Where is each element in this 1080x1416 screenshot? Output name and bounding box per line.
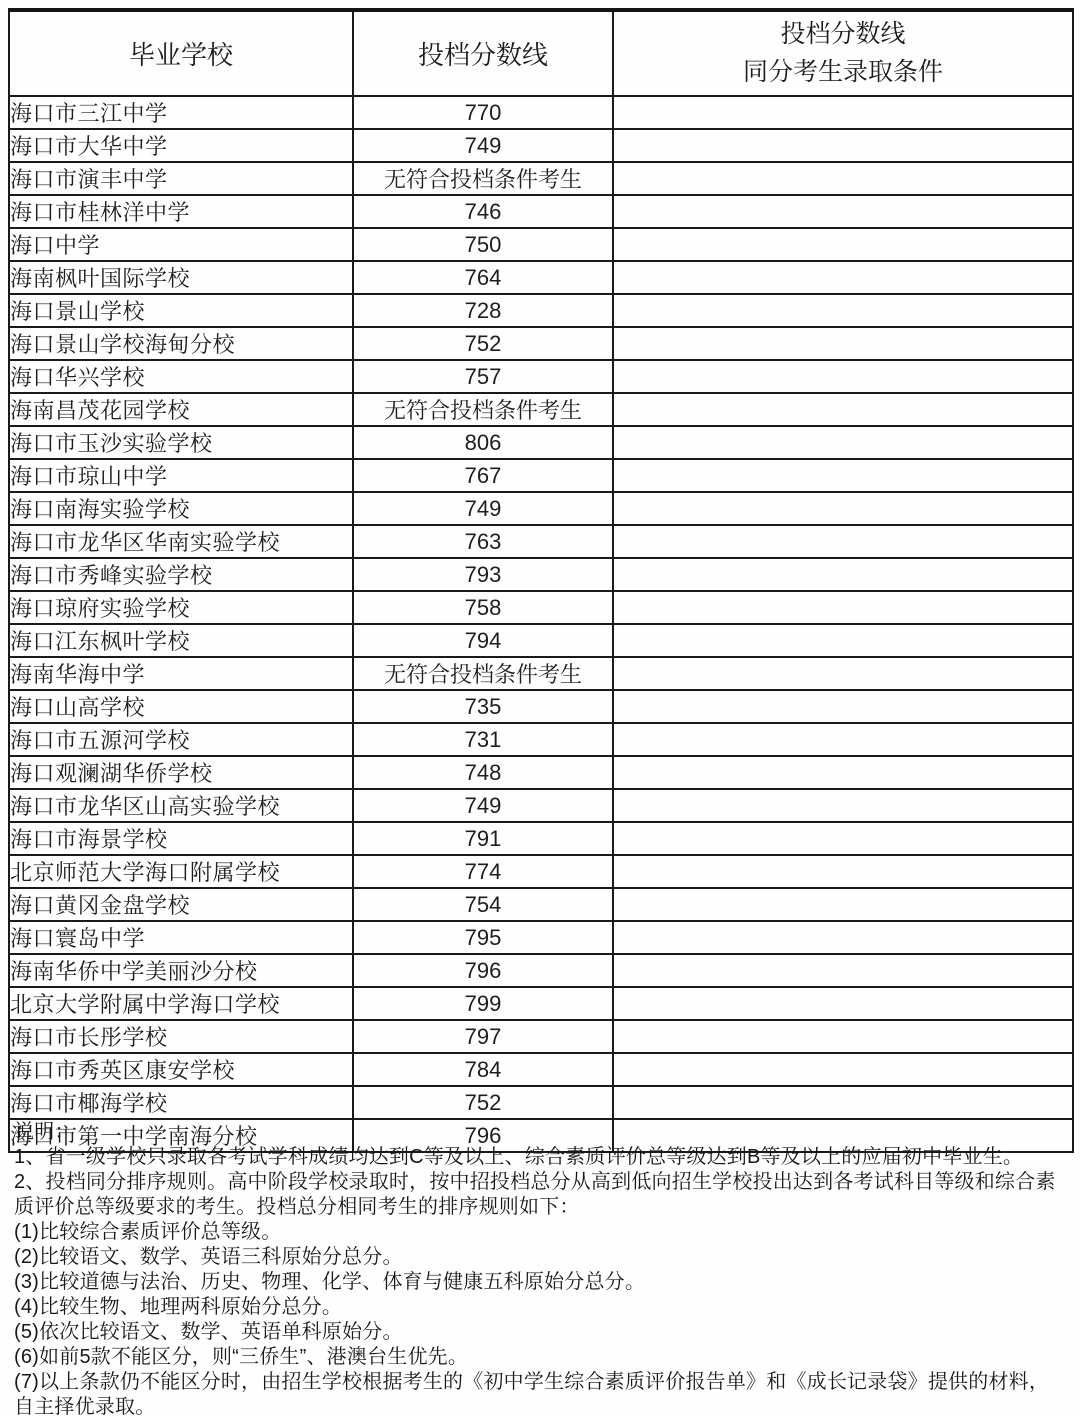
- score-line-cell: 731: [353, 723, 613, 756]
- same-score-condition-cell: [613, 195, 1073, 228]
- table-row: 海口市演丰中学无符合投档条件考生: [9, 162, 1073, 195]
- table-row: 海口市桂林洋中学746: [9, 195, 1073, 228]
- note-line: (7)以上条款仍不能区分时，由招生学校根据考生的《初中学生综合素质评价报告单》和…: [14, 1370, 1066, 1416]
- same-score-condition-cell: [613, 987, 1073, 1020]
- school-name-cell: 海口市三江中学: [9, 96, 353, 129]
- table-row: 海口市海景学校791: [9, 822, 1073, 855]
- table-row: 海口中学750: [9, 228, 1073, 261]
- same-score-condition-cell: [613, 624, 1073, 657]
- table-row: 海口市秀峰实验学校793: [9, 558, 1073, 591]
- table-row: 海口市玉沙实验学校806: [9, 426, 1073, 459]
- same-score-condition-cell: [613, 327, 1073, 360]
- score-line-cell: 758: [353, 591, 613, 624]
- same-score-condition-cell: [613, 954, 1073, 987]
- table-row: 海口南海实验学校749: [9, 492, 1073, 525]
- same-score-condition-cell: [613, 393, 1073, 426]
- same-score-condition-cell: [613, 1086, 1073, 1119]
- table-row: 海口华兴学校757: [9, 360, 1073, 393]
- table-row: 海口景山学校海甸分校752: [9, 327, 1073, 360]
- page: 毕业学校 投档分数线 投档分数线 同分考生录取条件 海口市三江中学770海口市大…: [0, 0, 1080, 1416]
- table-row: 海口琼府实验学校758: [9, 591, 1073, 624]
- notes-items: 1、省一级学校只录取各考试学科成绩均达到C等及以上、综合素质评价总等级达到B等及…: [14, 1145, 1066, 1416]
- same-score-condition-cell: [613, 228, 1073, 261]
- same-score-condition-cell: [613, 294, 1073, 327]
- same-score-condition-cell: [613, 723, 1073, 756]
- header-score-line: 投档分数线: [353, 10, 613, 96]
- score-line-cell: 791: [353, 822, 613, 855]
- school-name-cell: 海南昌茂花园学校: [9, 393, 353, 426]
- note-line: 1、省一级学校只录取各考试学科成绩均达到C等及以上、综合素质评价总等级达到B等及…: [14, 1145, 1066, 1170]
- score-line-cell: 793: [353, 558, 613, 591]
- table-row: 海口江东枫叶学校794: [9, 624, 1073, 657]
- school-name-cell: 海口市五源河学校: [9, 723, 353, 756]
- school-name-cell: 海口市大华中学: [9, 129, 353, 162]
- note-line: (1)比较综合素质评价总等级。: [14, 1220, 1066, 1245]
- school-name-cell: 海南华海中学: [9, 657, 353, 690]
- table-row: 北京师范大学海口附属学校774: [9, 855, 1073, 888]
- score-line-cell: 728: [353, 294, 613, 327]
- school-name-cell: 海口江东枫叶学校: [9, 624, 353, 657]
- note-line: (3)比较道德与法治、历史、物理、化学、体育与健康五科原始分总分。: [14, 1270, 1066, 1295]
- table-row: 海口市五源河学校731: [9, 723, 1073, 756]
- score-line-cell: 749: [353, 492, 613, 525]
- note-line: 2、投档同分排序规则。高中阶段学校录取时，按中招投档总分从高到低向招生学校投出达…: [14, 1170, 1066, 1220]
- school-name-cell: 海南枫叶国际学校: [9, 261, 353, 294]
- school-name-cell: 海口琼府实验学校: [9, 591, 353, 624]
- admission-score-table: 毕业学校 投档分数线 投档分数线 同分考生录取条件 海口市三江中学770海口市大…: [8, 8, 1074, 1153]
- score-line-cell: 763: [353, 525, 613, 558]
- note-line: (6)如前5款不能区分，则“三侨生”、港澳台生优先。: [14, 1345, 1066, 1370]
- header-row: 毕业学校 投档分数线 投档分数线 同分考生录取条件: [9, 10, 1073, 96]
- notes-section: 说明： 1、省一级学校只录取各考试学科成绩均达到C等及以上、综合素质评价总等级达…: [14, 1120, 1066, 1416]
- table-row: 海口观澜湖华侨学校748: [9, 756, 1073, 789]
- same-score-condition-cell: [613, 162, 1073, 195]
- school-name-cell: 海口市演丰中学: [9, 162, 353, 195]
- score-line-cell: 767: [353, 459, 613, 492]
- school-name-cell: 海口寰岛中学: [9, 921, 353, 954]
- score-line-cell: 752: [353, 327, 613, 360]
- same-score-condition-cell: [613, 1053, 1073, 1086]
- same-score-condition-cell: [613, 855, 1073, 888]
- score-line-cell: 752: [353, 1086, 613, 1119]
- school-name-cell: 海口市龙华区山高实验学校: [9, 789, 353, 822]
- table-row: 海口景山学校728: [9, 294, 1073, 327]
- score-line-cell: 794: [353, 624, 613, 657]
- same-score-condition-cell: [613, 756, 1073, 789]
- same-score-condition-cell: [613, 129, 1073, 162]
- school-name-cell: 海口黄冈金盘学校: [9, 888, 353, 921]
- same-score-condition-cell: [613, 360, 1073, 393]
- same-score-condition-cell: [613, 525, 1073, 558]
- score-line-cell: 749: [353, 129, 613, 162]
- table-row: 海口山高学校735: [9, 690, 1073, 723]
- table-row: 海南华侨中学美丽沙分校796: [9, 954, 1073, 987]
- table-row: 海南昌茂花园学校无符合投档条件考生: [9, 393, 1073, 426]
- same-score-condition-cell: [613, 789, 1073, 822]
- school-name-cell: 海口市长彤学校: [9, 1020, 353, 1053]
- school-name-cell: 海口市玉沙实验学校: [9, 426, 353, 459]
- same-score-condition-cell: [613, 657, 1073, 690]
- table-row: 海口寰岛中学795: [9, 921, 1073, 954]
- same-score-condition-cell: [613, 591, 1073, 624]
- same-score-condition-cell: [613, 558, 1073, 591]
- school-name-cell: 海南华侨中学美丽沙分校: [9, 954, 353, 987]
- school-name-cell: 海口观澜湖华侨学校: [9, 756, 353, 789]
- table-row: 海南枫叶国际学校764: [9, 261, 1073, 294]
- score-line-cell: 796: [353, 954, 613, 987]
- score-line-cell: 770: [353, 96, 613, 129]
- school-name-cell: 海口景山学校海甸分校: [9, 327, 353, 360]
- note-line: (2)比较语文、数学、英语三科原始分总分。: [14, 1245, 1066, 1270]
- school-name-cell: 海口景山学校: [9, 294, 353, 327]
- same-score-condition-cell: [613, 261, 1073, 294]
- score-line-cell: 754: [353, 888, 613, 921]
- header-same-score-admission-condition: 投档分数线 同分考生录取条件: [613, 10, 1073, 96]
- school-name-cell: 海口南海实验学校: [9, 492, 353, 525]
- school-name-cell: 海口市海景学校: [9, 822, 353, 855]
- score-line-cell: 749: [353, 789, 613, 822]
- school-name-cell: 海口山高学校: [9, 690, 353, 723]
- school-name-cell: 海口市秀峰实验学校: [9, 558, 353, 591]
- same-score-condition-cell: [613, 426, 1073, 459]
- school-name-cell: 北京大学附属中学海口学校: [9, 987, 353, 1020]
- table-row: 海口市琼山中学767: [9, 459, 1073, 492]
- school-name-cell: 海口市桂林洋中学: [9, 195, 353, 228]
- school-name-cell: 海口市秀英区康安学校: [9, 1053, 353, 1086]
- note-line: (5)依次比较语文、数学、英语单科原始分。: [14, 1320, 1066, 1345]
- header-graduating-school: 毕业学校: [9, 10, 353, 96]
- table-row: 海口市大华中学749: [9, 129, 1073, 162]
- table-row: 海口市椰海学校752: [9, 1086, 1073, 1119]
- school-name-cell: 海口华兴学校: [9, 360, 353, 393]
- score-line-cell: 795: [353, 921, 613, 954]
- score-line-cell: 797: [353, 1020, 613, 1053]
- table-row: 海口市秀英区康安学校784: [9, 1053, 1073, 1086]
- table-row: 海口市长彤学校797: [9, 1020, 1073, 1053]
- table-row: 北京大学附属中学海口学校799: [9, 987, 1073, 1020]
- same-score-condition-cell: [613, 1020, 1073, 1053]
- score-line-cell: 748: [353, 756, 613, 789]
- same-score-condition-cell: [613, 492, 1073, 525]
- same-score-condition-cell: [613, 690, 1073, 723]
- table-row: 海口市三江中学770: [9, 96, 1073, 129]
- score-line-cell: 784: [353, 1053, 613, 1086]
- table-row: 海口市龙华区华南实验学校763: [9, 525, 1073, 558]
- same-score-condition-cell: [613, 459, 1073, 492]
- table-row: 海口黄冈金盘学校754: [9, 888, 1073, 921]
- score-table-body: 海口市三江中学770海口市大华中学749海口市演丰中学无符合投档条件考生海口市桂…: [9, 96, 1073, 1152]
- score-line-cell: 无符合投档条件考生: [353, 657, 613, 690]
- score-line-cell: 764: [353, 261, 613, 294]
- note-line: (4)比较生物、地理两科原始分总分。: [14, 1295, 1066, 1320]
- same-score-condition-cell: [613, 822, 1073, 855]
- school-name-cell: 海口市琼山中学: [9, 459, 353, 492]
- same-score-condition-cell: [613, 888, 1073, 921]
- score-line-cell: 750: [353, 228, 613, 261]
- school-name-cell: 海口市椰海学校: [9, 1086, 353, 1119]
- score-line-cell: 806: [353, 426, 613, 459]
- notes-title: 说明：: [14, 1120, 1066, 1145]
- score-line-cell: 735: [353, 690, 613, 723]
- score-line-cell: 774: [353, 855, 613, 888]
- score-line-cell: 746: [353, 195, 613, 228]
- school-name-cell: 海口中学: [9, 228, 353, 261]
- score-line-cell: 799: [353, 987, 613, 1020]
- school-name-cell: 海口市龙华区华南实验学校: [9, 525, 353, 558]
- score-line-cell: 757: [353, 360, 613, 393]
- table-row: 海南华海中学无符合投档条件考生: [9, 657, 1073, 690]
- same-score-condition-cell: [613, 96, 1073, 129]
- school-name-cell: 北京师范大学海口附属学校: [9, 855, 353, 888]
- score-line-cell: 无符合投档条件考生: [353, 162, 613, 195]
- same-score-condition-cell: [613, 921, 1073, 954]
- table-row: 海口市龙华区山高实验学校749: [9, 789, 1073, 822]
- score-line-cell: 无符合投档条件考生: [353, 393, 613, 426]
